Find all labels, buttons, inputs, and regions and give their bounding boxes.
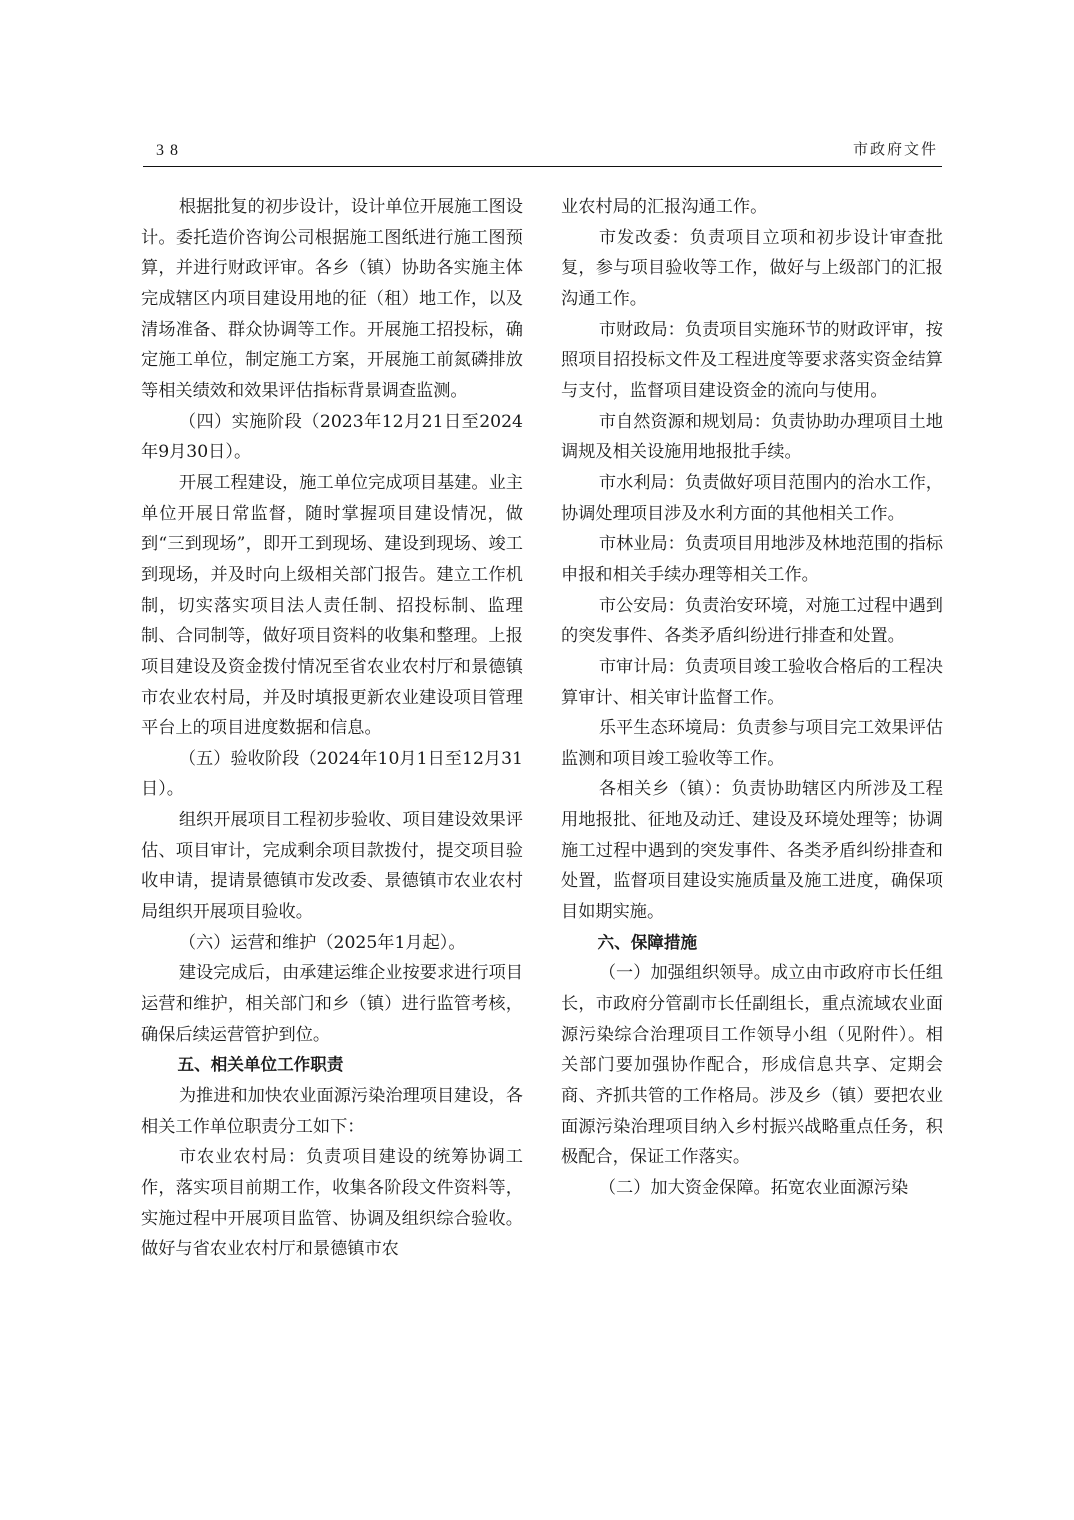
section-heading: 六、保障措施 bbox=[561, 928, 943, 959]
paragraph: 乐平生态环境局：负责参与项目完工效果评估监测和项目竣工验收等工作。 bbox=[561, 713, 943, 774]
left-column: 根据批复的初步设计，设计单位开展施工图设计。委托造价咨询公司根据施工图纸进行施工… bbox=[141, 192, 523, 1265]
page-number: 38 bbox=[156, 142, 184, 160]
paragraph: 为推进和加快农业面源污染治理项目建设，各相关工作单位职责分工如下： bbox=[141, 1081, 523, 1142]
paragraph: 组织开展项目工程初步验收、项目建设效果评估、项目审计，完成剩余项目款拨付，提交项… bbox=[141, 805, 523, 928]
paragraph: 根据批复的初步设计，设计单位开展施工图设计。委托造价咨询公司根据施工图纸进行施工… bbox=[141, 192, 523, 407]
page-header: 38 市政府文件 bbox=[143, 136, 942, 167]
running-title: 市政府文件 bbox=[853, 138, 938, 159]
paragraph: （二）加大资金保障。拓宽农业面源污染 bbox=[561, 1173, 943, 1204]
paragraph: 市自然资源和规划局：负责协助办理项目土地调规及相关设施用地报批手续。 bbox=[561, 407, 943, 468]
stage-title: （五）验收阶段（2024年10月1日至12月31日）。 bbox=[141, 744, 523, 805]
stage-title: （六）运营和维护（2025年1月起）。 bbox=[141, 928, 523, 959]
paragraph: 市农业农村局：负责项目建设的统筹协调工作，落实项目前期工作，收集各阶段文件资料等… bbox=[141, 1142, 523, 1265]
paragraph: 市审计局：负责项目竣工验收合格后的工程决算审计、相关审计监督工作。 bbox=[561, 652, 943, 713]
paragraph: 市公安局：负责治安环境，对施工过程中遇到的突发事件、各类矛盾纠纷进行排查和处置。 bbox=[561, 591, 943, 652]
paragraph: 开展工程建设，施工单位完成项目基建。业主单位开展日常监督，随时掌握项目建设情况，… bbox=[141, 468, 523, 744]
stage-title: （四）实施阶段（2023年12月21日至2024年9月30日）。 bbox=[141, 407, 523, 468]
paragraph-continuation: 业农村局的汇报沟通工作。 bbox=[561, 192, 943, 223]
section-heading: 五、相关单位工作职责 bbox=[141, 1050, 523, 1081]
paragraph: 各相关乡（镇）：负责协助辖区内所涉及工程用地报批、征地及动迁、建设及环境处理等；… bbox=[561, 774, 943, 927]
paragraph: 市水利局：负责做好项目范围内的治水工作，协调处理项目涉及水利方面的其他相关工作。 bbox=[561, 468, 943, 529]
right-column: 业农村局的汇报沟通工作。 市发改委：负责项目立项和初步设计审查批复，参与项目验收… bbox=[561, 192, 943, 1204]
paragraph: （一）加强组织领导。成立由市政府市长任组长，市政府分管副市长任副组长，重点流域农… bbox=[561, 958, 943, 1173]
paragraph: 市林业局：负责项目用地涉及林地范围的指标申报和相关手续办理等相关工作。 bbox=[561, 529, 943, 590]
paragraph: 建设完成后，由承建运维企业按要求进行项目运营和维护，相关部门和乡（镇）进行监管考… bbox=[141, 958, 523, 1050]
paragraph: 市发改委：负责项目立项和初步设计审查批复，参与项目验收等工作，做好与上级部门的汇… bbox=[561, 223, 943, 315]
paragraph: 市财政局：负责项目实施环节的财政评审，按照项目招投标文件及工程进度等要求落实资金… bbox=[561, 315, 943, 407]
